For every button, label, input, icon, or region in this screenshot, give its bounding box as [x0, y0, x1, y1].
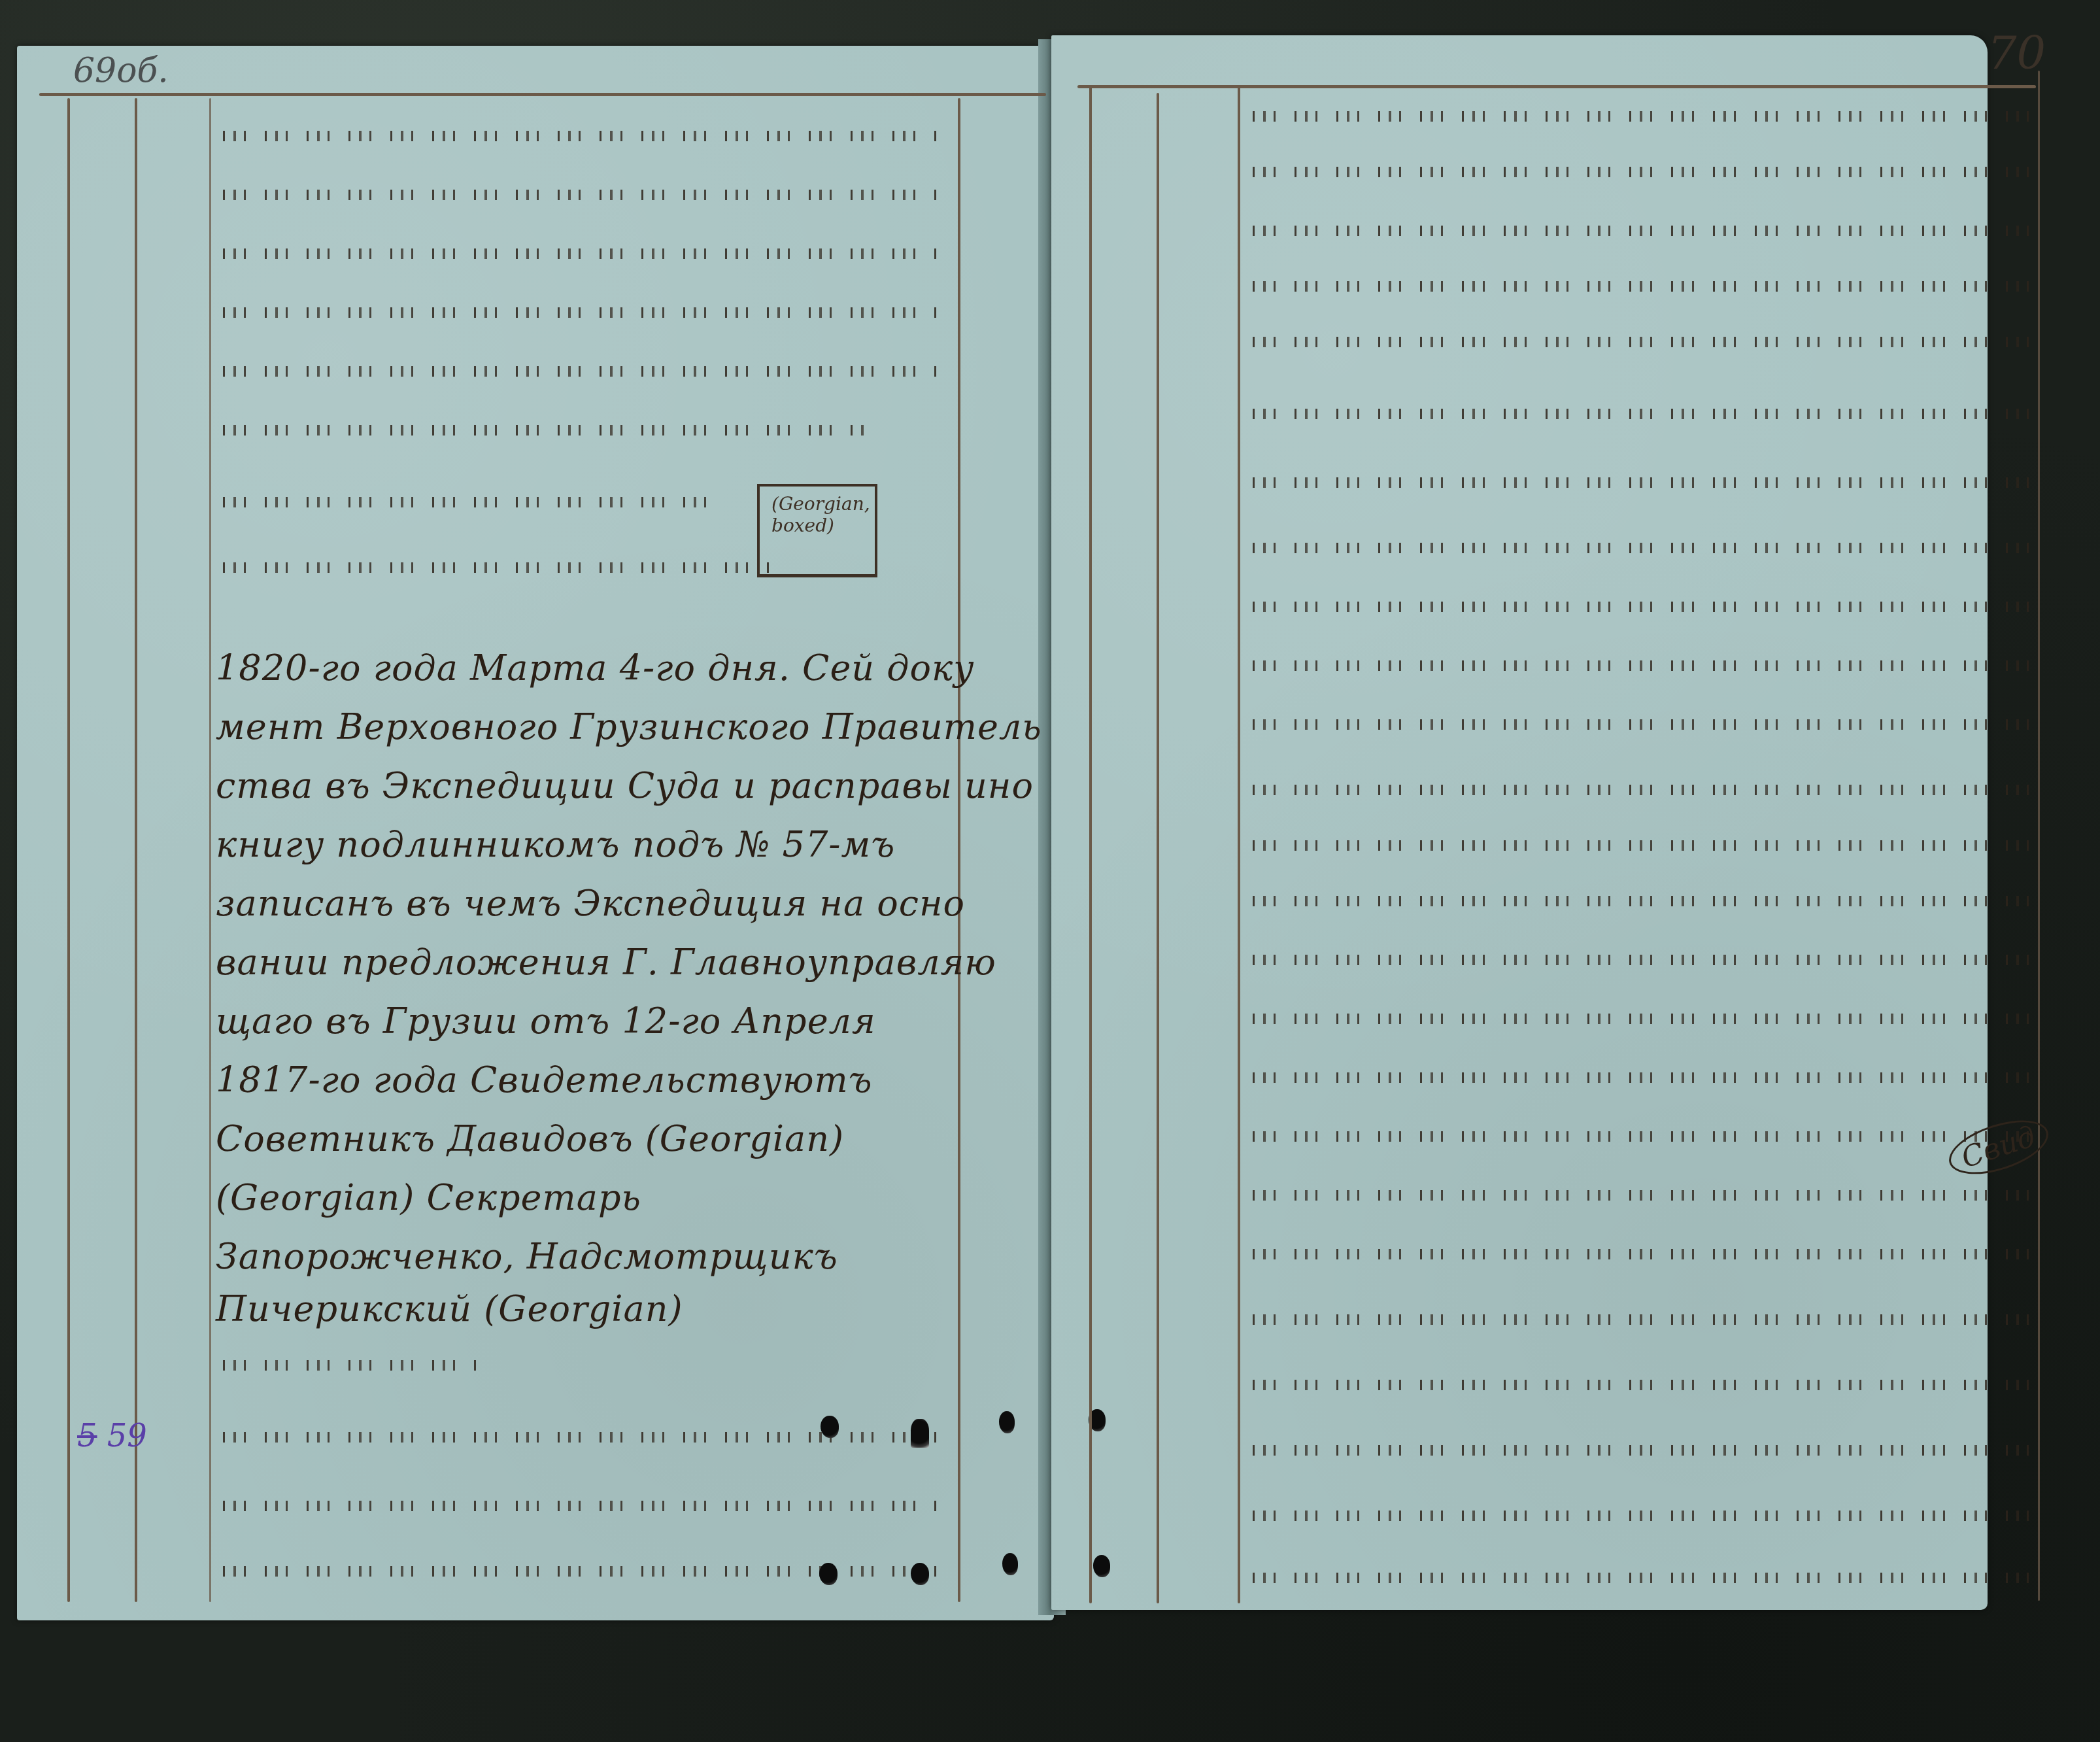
binding-hole [821, 1416, 839, 1438]
right-column-rule-2 [1157, 93, 1159, 1603]
binding-hole [1002, 1553, 1018, 1575]
georgian-script-line [219, 1495, 938, 1514]
left-folio-number: 69об. [73, 51, 169, 90]
georgian-script-line [1249, 403, 2033, 422]
russian-text-line: 1817-го года Свидетельствуютъ [216, 1059, 955, 1101]
georgian-script-line [219, 361, 945, 379]
russian-text-line: 1820-го года Марта 4-го дня. Сей доку [216, 647, 955, 689]
georgian-script-line [219, 126, 945, 144]
left-column-rule-1 [67, 98, 70, 1602]
russian-text-line: мент Верховного Грузинского Правитель [216, 706, 955, 747]
georgian-script-line [219, 557, 775, 575]
georgian-script-line [219, 420, 866, 438]
georgian-script-line [1249, 1505, 2033, 1524]
right-column-rule-1 [1089, 86, 1092, 1603]
boxed-annotation: (Georgian, boxed) [757, 484, 877, 577]
russian-text-line: книгу подлинникомъ подъ № 57-мъ [216, 824, 955, 865]
russian-text-line: (Georgian) Секретарь [216, 1177, 955, 1218]
georgian-script-line [1249, 891, 2033, 909]
georgian-script-line [1249, 779, 2033, 798]
georgian-script-line [1249, 1185, 2033, 1203]
left-text-margin-rule [209, 98, 211, 1602]
binding-hole [819, 1563, 838, 1585]
russian-text-line: вании предложения Г. Главноуправляю [216, 942, 955, 983]
binding-hole [911, 1419, 929, 1448]
right-text-margin-rule [1238, 86, 1240, 1603]
georgian-script-line [219, 492, 709, 510]
russian-text-line: записанъ въ чемъ Экспедиция на осно [216, 883, 955, 924]
russian-text-line: щаго въ Грузии отъ 12-го Апреля [216, 1000, 955, 1042]
russian-text-line: Запорожченко, Надсмотрщикъ [216, 1236, 955, 1277]
russian-text-line: Советникъ Давидовъ (Georgian) [216, 1118, 955, 1159]
georgian-script-line [1249, 714, 2033, 732]
binding-hole [999, 1411, 1015, 1433]
binding-hole [911, 1563, 929, 1585]
georgian-script-line [1249, 1067, 2033, 1085]
georgian-script-line [1249, 538, 2033, 556]
georgian-script-line [1249, 1567, 2033, 1586]
georgian-script-line [1249, 276, 2033, 294]
left-russian-block: 1820-го года Марта 4-го дня. Сей доку ме… [216, 647, 955, 1334]
left-column-rule-2 [135, 98, 137, 1602]
archival-margin-number: 5 59 [77, 1418, 147, 1454]
georgian-script-line [1249, 162, 2033, 180]
georgian-script-line [1249, 220, 2033, 239]
left-header-rule [39, 93, 1046, 96]
georgian-script-line [1249, 1244, 2033, 1262]
left-outer-rule [958, 98, 960, 1602]
georgian-script-line [1249, 1126, 2033, 1144]
georgian-script-line [1249, 596, 2033, 615]
georgian-script-line [1249, 332, 2033, 350]
georgian-script-line [1249, 1309, 2033, 1327]
georgian-script-line [1249, 1008, 2033, 1027]
russian-text-line: Пичерикский (Georgian) [216, 1288, 955, 1329]
georgian-script-line [1249, 1440, 2033, 1458]
right-folio-number: 70 [1988, 26, 2046, 80]
georgian-script-line [1249, 655, 2033, 674]
georgian-script-line [219, 243, 945, 262]
right-outer-rule [2038, 71, 2040, 1601]
georgian-script-line [1249, 949, 2033, 968]
binding-hole [1093, 1555, 1110, 1577]
russian-text-line: ства въ Экспедиции Суда и расправы ино [216, 765, 955, 806]
georgian-script-line [1249, 1375, 2033, 1393]
georgian-script-line [1249, 106, 2033, 124]
right-georgian-block [1249, 92, 2033, 1609]
georgian-script-line [1249, 472, 2033, 490]
georgian-script-line [219, 302, 945, 320]
georgian-script-line [1249, 835, 2033, 853]
left-georgian-block-bottom [219, 1341, 938, 1589]
right-header-rule [1077, 85, 2036, 88]
georgian-script-line [219, 184, 945, 203]
georgian-script-line [219, 1355, 481, 1373]
